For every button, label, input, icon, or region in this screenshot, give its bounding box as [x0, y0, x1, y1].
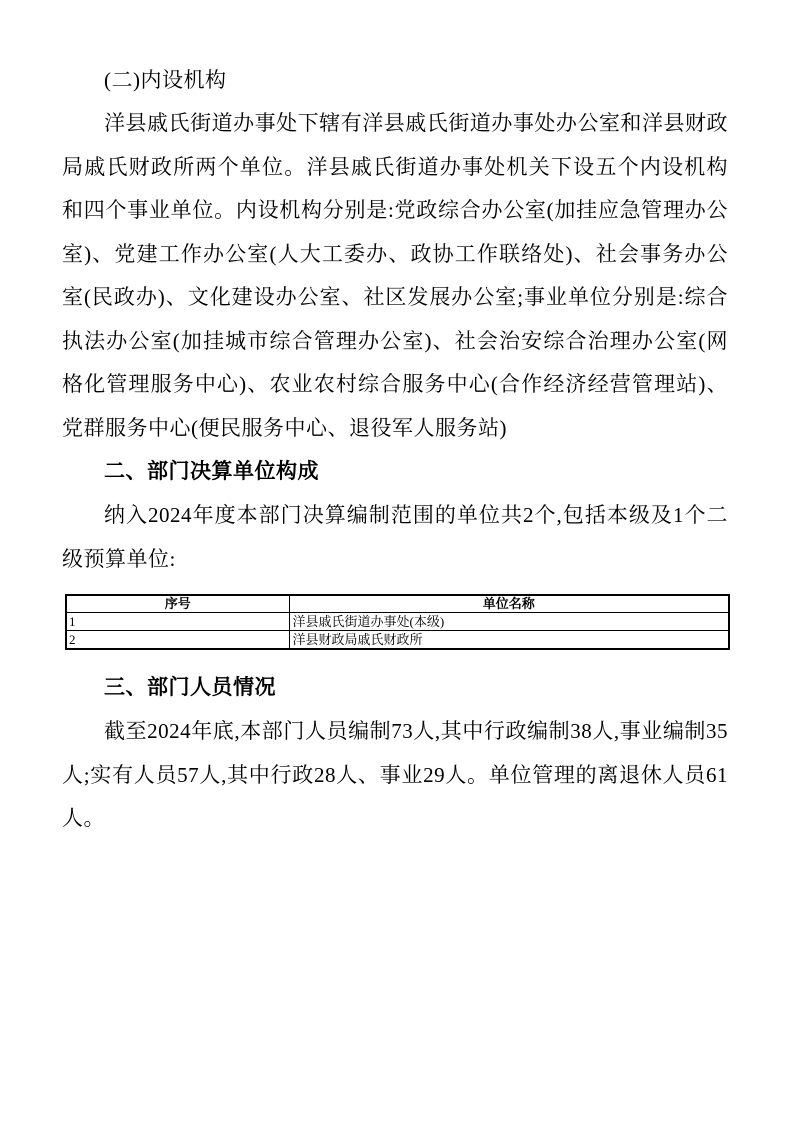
table-row: 2 洋县财政局戚氏财政所	[66, 631, 729, 650]
table-header-row: 序号 单位名称	[66, 595, 729, 613]
section-heading-personnel: 三、部门人员情况	[62, 666, 728, 710]
section-heading-unit-composition: 二、部门决算单位构成	[62, 450, 728, 494]
unit-name: 洋县戚氏街道办事处(本级)	[289, 613, 729, 631]
unit-name: 洋县财政局戚氏财政所	[289, 631, 729, 650]
table-header-serial-number: 序号	[66, 595, 289, 613]
document-page: (二)内设机构 洋县戚氏街道办事处下辖有洋县戚氏街道办事处办公室和洋县财政局戚氏…	[0, 0, 793, 1122]
table-header-unit-name: 单位名称	[289, 595, 729, 613]
paragraph-unit-composition: 纳入2024年度本部门决算编制范围的单位共2个,包括本级及1个二级预算单位:	[62, 494, 728, 581]
table-row: 1 洋县戚氏街道办事处(本级)	[66, 613, 729, 631]
paragraph-personnel: 截至2024年底,本部门人员编制73人,其中行政编制38人,事业编制35人;实有…	[62, 710, 728, 841]
unit-serial-number: 1	[66, 613, 289, 631]
unit-serial-number: 2	[66, 631, 289, 650]
budget-units-table: 序号 单位名称 1 洋县戚氏街道办事处(本级) 2 洋县财政局戚氏财政所	[65, 594, 730, 650]
paragraph-internal-organs: 洋县戚氏街道办事处下辖有洋县戚氏街道办事处办公室和洋县财政局戚氏财政所两个单位。…	[62, 102, 728, 450]
section-heading-internal-organs: (二)内设机构	[62, 58, 728, 102]
